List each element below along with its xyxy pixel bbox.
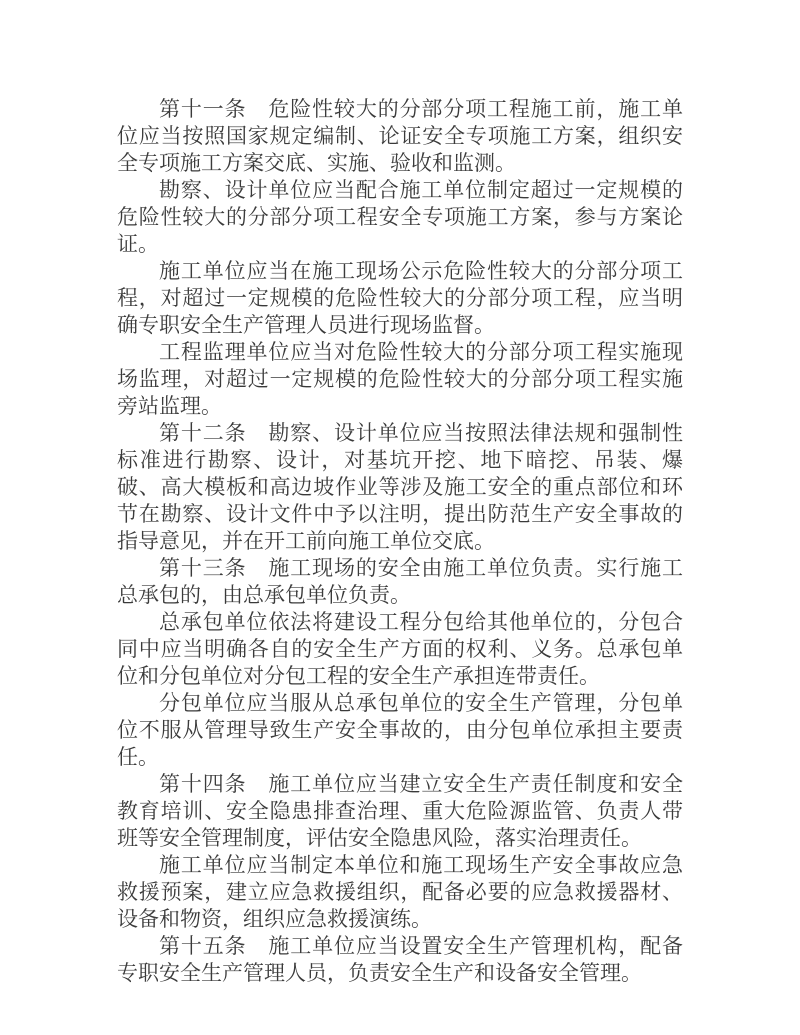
document-page: 第十一条 危险性较大的分部分项工程施工前，施工单位应当按照国家规定编制、论证安全…: [0, 0, 800, 1035]
paragraph-article-14-clause-2: 施工单位应当制定本单位和施工现场生产安全事故应急救援预案，建立应急救援组织，配备…: [117, 852, 683, 933]
paragraph-article-11-clause-2: 勘察、设计单位应当配合施工单位制定超过一定规模的危险性较大的分部分项工程安全专项…: [117, 177, 683, 258]
paragraph-article-13: 第十三条 施工现场的安全由施工单位负责。实行施工总承包的，由总承包单位负责。: [117, 555, 683, 609]
paragraph-article-15: 第十五条 施工单位应当设置安全生产管理机构，配备专职安全生产管理人员，负责安全生…: [117, 933, 683, 987]
paragraph-article-11-clause-4: 工程监理单位应当对危险性较大的分部分项工程实施现场监理，对超过一定规模的危险性较…: [117, 339, 683, 420]
paragraph-article-14: 第十四条 施工单位应当建立安全生产责任制度和安全教育培训、安全隐患排查治理、重大…: [117, 771, 683, 852]
paragraph-article-11-clause-3: 施工单位应当在施工现场公示危险性较大的分部分项工程，对超过一定规模的危险性较大的…: [117, 258, 683, 339]
paragraph-article-13-clause-3: 分包单位应当服从总承包单位的安全生产管理，分包单位不服从管理导致生产安全事故的，…: [117, 690, 683, 771]
paragraph-article-13-clause-2: 总承包单位依法将建设工程分包给其他单位的，分包合同中应当明确各自的安全生产方面的…: [117, 609, 683, 690]
paragraph-article-12: 第十二条 勘察、设计单位应当按照法律法规和强制性标准进行勘察、设计，对基坑开挖、…: [117, 420, 683, 555]
paragraph-article-11: 第十一条 危险性较大的分部分项工程施工前，施工单位应当按照国家规定编制、论证安全…: [117, 96, 683, 177]
